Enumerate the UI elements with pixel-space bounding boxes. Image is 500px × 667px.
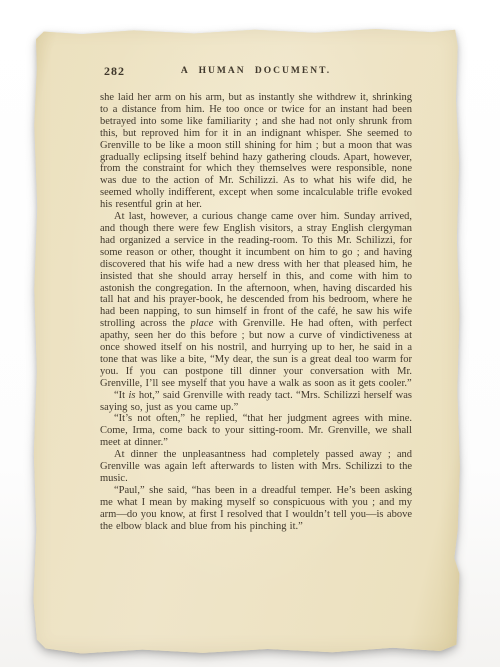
italic-text-segment: place [191, 318, 214, 329]
paragraph: she laid her arm on his arm, but as inst… [100, 92, 412, 211]
paragraph: At last, however, a curious change came … [100, 211, 412, 390]
page-header: 282 A HUMAN DOCUMENT. [100, 64, 412, 88]
text-segment: “Paul,” she said, “has been in a dreadfu… [100, 485, 412, 532]
page-content: 282 A HUMAN DOCUMENT. she laid her arm o… [100, 64, 412, 533]
scan-background: 282 A HUMAN DOCUMENT. she laid her arm o… [0, 0, 500, 667]
text-segment: “It’s not often,” he replied, “that her … [100, 413, 412, 448]
paragraph: “Paul,” she said, “has been in a dreadfu… [100, 485, 412, 533]
running-title: A HUMAN DOCUMENT. [100, 64, 412, 76]
text-segment: At dinner the unpleasantness had complet… [100, 449, 412, 484]
paragraph: “It’s not often,” he replied, “that her … [100, 413, 412, 449]
book-page-wrapper: 282 A HUMAN DOCUMENT. she laid her arm o… [30, 24, 462, 656]
paragraph: “It is hot,” said Grenville with ready t… [100, 390, 412, 414]
page-number: 282 [104, 64, 125, 79]
text-segment: At last, however, a curious change came … [100, 211, 412, 329]
body-text: she laid her arm on his arm, but as inst… [100, 92, 412, 533]
paragraph: At dinner the unpleasantness had complet… [100, 449, 412, 485]
text-segment: “It [114, 390, 128, 401]
text-segment: hot,” said Grenville with ready tact. “M… [100, 390, 412, 413]
text-segment: she laid her arm on his arm, but as inst… [100, 92, 412, 210]
book-page: 282 A HUMAN DOCUMENT. she laid her arm o… [30, 24, 462, 656]
